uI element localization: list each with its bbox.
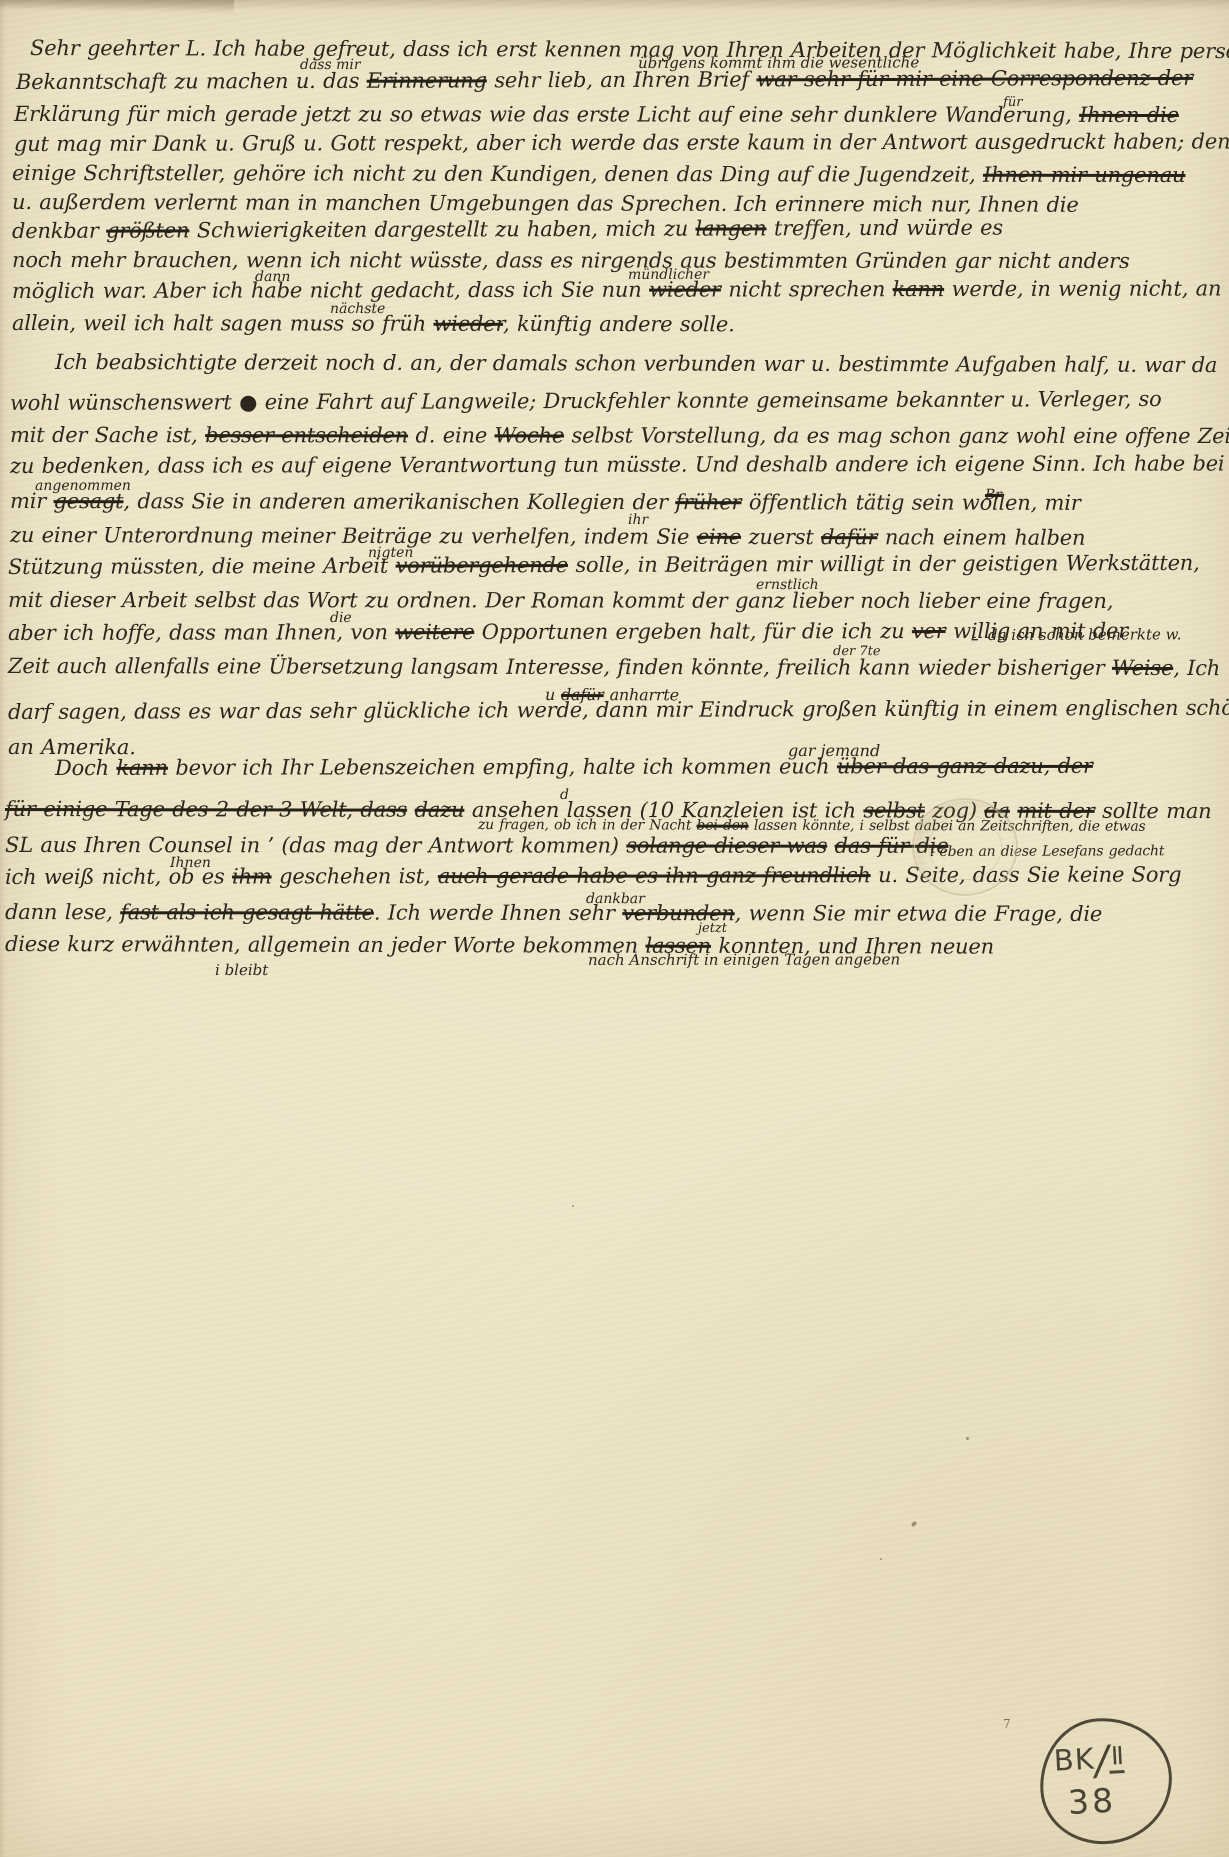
handwritten-text: Doch xyxy=(55,756,117,780)
struck-through-text: wieder xyxy=(434,312,504,336)
inserted-word: die xyxy=(330,610,352,626)
inserted-word: nach Anschrift in einigen Tagen angeben xyxy=(588,950,900,969)
manuscript-line: Sehr geehrter L. Ich habe gefreut, dass … xyxy=(30,36,1229,63)
manuscript-line: gut mag mir Dank u. Gruß u. Gott respekt… xyxy=(14,129,1229,156)
struck-through-text: kann xyxy=(893,277,945,301)
handwritten-text xyxy=(407,798,415,822)
handwritten-text: mit der Sache ist, xyxy=(10,423,205,447)
paper-corner-shadow xyxy=(0,0,234,15)
handwritten-text: zu einer Unterordnung meiner Beiträge zu… xyxy=(10,523,697,549)
manuscript-line: wohl wünschenswert ● eine Fahrt auf Lang… xyxy=(10,387,1162,415)
manuscript-line: mit der Sache ist, besser entscheiden d.… xyxy=(10,423,1229,448)
manuscript-line: dann lese, fast als ich gesagt hätte. Ic… xyxy=(5,900,1102,926)
manuscript-line: mir gesagt, dass Sie in anderen amerikan… xyxy=(10,489,1081,515)
handwritten-text: d. eine xyxy=(408,423,494,447)
manuscript-line: Doch kann bevor ich Ihr Lebenszeichen em… xyxy=(55,754,1093,780)
inserted-word: i bleibt xyxy=(215,961,268,979)
manuscript-line: zu einer Unterordnung meiner Beiträge zu… xyxy=(10,523,1085,550)
handwritten-text: diese kurz erwähnten, allgemein an jeder… xyxy=(5,932,646,958)
struck-through-text: besser entscheiden xyxy=(205,423,408,447)
struck-inserted-word: Br xyxy=(985,487,1002,503)
struck-through-text: bei den xyxy=(697,818,749,834)
handwritten-text: gut mag mir Dank u. Gruß u. Gott respekt… xyxy=(14,129,1229,156)
scanned-manuscript-page: Sehr geehrter L. Ich habe gefreut, dass … xyxy=(0,0,1229,1857)
struck-through-text: auch gerade habe es ihn ganz freundlich xyxy=(438,863,871,888)
handwritten-text: öffentlich tätig sein wollen, mir xyxy=(741,490,1080,515)
manuscript-line: u. außerdem verlernt man in manchen Umge… xyxy=(12,190,1079,217)
handwritten-text: zuerst xyxy=(741,525,821,549)
handwritten-text: Sehr geehrter L. Ich habe gefreut, dass … xyxy=(30,36,1229,63)
handwritten-text: Zeit auch allenfalls eine Übersetzung la… xyxy=(8,654,1112,680)
handwritten-text: nach einem halben xyxy=(877,525,1085,550)
struck-through-text: ver xyxy=(912,619,946,643)
struck-through-text: kann xyxy=(116,756,168,780)
handwritten-text: SL aus Ihren Counsel in ’ (das mag der A… xyxy=(5,833,626,858)
struck-through-text: eine xyxy=(697,525,741,549)
handwritten-text: Erklärung für mich gerade jetzt zu so et… xyxy=(14,102,1079,127)
struck-through-text: solange dieser was xyxy=(626,834,827,858)
struck-through-text: Weise xyxy=(1112,656,1173,680)
archive-stamp-number: 38 xyxy=(1067,1781,1117,1822)
handwritten-text: Ich beabsichtigte derzeit noch d. an, de… xyxy=(55,350,1217,377)
handwritten-text: wohl wünschenswert ● eine Fahrt auf Lang… xyxy=(10,387,1162,415)
handwritten-text: Schwierigkeiten dargestellt zu haben, mi… xyxy=(189,217,695,243)
inserted-word: ⌞ xyxy=(970,620,979,644)
handwritten-text: Opportunen ergeben halt, für die ich zu xyxy=(474,619,912,644)
manuscript-line: zu bedenken, dass ich es auf eigene Vera… xyxy=(10,451,1225,478)
inserted-word: nächste xyxy=(330,301,385,317)
inserted-word: für xyxy=(1003,95,1022,110)
manuscript-line: Stützung müssten, die meine Arbeit vorüb… xyxy=(8,551,1200,579)
archive-stamp-code: BK/II xyxy=(1053,1740,1125,1778)
struck-through-text: größten xyxy=(106,218,189,242)
inserted-word: Ihnen xyxy=(170,855,211,871)
paper-left-edge-shadow xyxy=(0,0,6,1857)
inserted-word: ernstlich xyxy=(756,577,819,593)
struck-through-text: Ihnen mir ungenau xyxy=(983,163,1185,187)
inserted-word: dann xyxy=(255,269,290,285)
paper-speck xyxy=(572,1205,574,1207)
manuscript-line: Bekanntschaft zu machen u. das Erinnerun… xyxy=(16,66,1193,94)
struck-through-text: langen xyxy=(695,216,766,240)
manuscript-line: darf sagen, dass es war das sehr glückli… xyxy=(8,695,1229,724)
handwritten-text: darf sagen, dass es war das sehr glückli… xyxy=(8,695,1229,724)
struck-through-text: fast als ich gesagt hätte xyxy=(120,900,374,924)
manuscript-line: einige Schriftsteller, gehöre ich nicht … xyxy=(12,161,1185,187)
inserted-word: d xyxy=(560,787,569,803)
struck-through-text: weitere xyxy=(395,620,474,644)
handwritten-text: bevor ich Ihr Lebenszeichen empfing, hal… xyxy=(168,754,837,779)
handwritten-text: selbst Vorstellung, da es mag schon ganz… xyxy=(564,423,1229,448)
inserted-word: jetzt xyxy=(698,921,727,936)
archive-stamp: BK/II 38 xyxy=(1037,1715,1175,1848)
struck-through-text: dafür xyxy=(821,525,877,549)
handwritten-text xyxy=(827,834,835,858)
handwritten-text: denkbar xyxy=(12,219,106,243)
inserted-word: nigten xyxy=(368,545,413,561)
handwritten-text: einige Schriftsteller, gehöre ich nicht … xyxy=(12,161,983,187)
inserted-word: übrigens kommt ihm die wesentliche xyxy=(638,53,919,72)
handwritten-text: treffen, und würde es xyxy=(766,216,1003,241)
handwritten-text: , Ich xyxy=(1173,656,1220,680)
manuscript-line: möglich war. Aber ich habe nicht gedacht… xyxy=(12,276,1229,303)
struck-through-text: Ihnen die xyxy=(1079,103,1179,127)
paper-speck xyxy=(911,1520,918,1527)
struck-through-text: vorübergehende xyxy=(396,553,568,578)
inserted-word: gar jemand xyxy=(788,741,880,760)
handwritten-text: möglich war. Aber ich habe nicht gedacht… xyxy=(12,278,649,303)
handwritten-text: zu bedenken, dass ich es auf eigene Vera… xyxy=(10,451,1225,478)
manuscript-line: Zeit auch allenfalls eine Übersetzung la… xyxy=(8,654,1220,680)
handwritten-text: , wenn Sie mir etwa die Frage, die xyxy=(735,901,1103,926)
struck-through-text: früher xyxy=(675,490,741,514)
manuscript-line: SL aus Ihren Counsel in ’ (das mag der A… xyxy=(5,833,949,858)
handwritten-text: werde, in wenig nicht, an eigent xyxy=(944,276,1229,301)
embossed-seal xyxy=(912,798,1018,896)
struck-through-text: ihm xyxy=(232,864,272,888)
struck-through-text: Erinnerung xyxy=(367,68,487,92)
struck-through-text: dazu xyxy=(415,798,465,822)
archive-stamp-prefix: BK xyxy=(1053,1742,1096,1778)
handwritten-text: , künftig andere solle. xyxy=(503,312,735,336)
inserted-word: da ich schon bemerkte w. xyxy=(988,625,1182,644)
inserted-word: dankbar xyxy=(586,891,645,907)
handwritten-text: Stützung müssten, die meine Arbeit xyxy=(8,554,396,579)
paper-speck xyxy=(880,1558,882,1560)
handwritten-text: zu fragen, ob ich in der Nacht xyxy=(478,817,697,834)
handwritten-text: nicht sprechen xyxy=(721,277,893,301)
manuscript-line: noch mehr brauchen, wenn ich nicht wüsst… xyxy=(12,248,1130,273)
struck-through-text: Woche xyxy=(495,423,565,447)
handwritten-text: dann lese, xyxy=(5,900,120,924)
paper-speck xyxy=(966,1437,969,1440)
inserted-word: der 7te xyxy=(833,644,881,659)
pencil-mark: 7 xyxy=(1003,1717,1011,1731)
handwritten-text: geschehen ist, xyxy=(272,864,438,888)
handwritten-text: mit dieser Arbeit selbst das Wort zu ord… xyxy=(8,588,1113,613)
inserted-word: angenommen xyxy=(35,478,131,494)
archive-stamp-numeral: II xyxy=(1108,1741,1124,1774)
handwritten-text: solle, in Beiträgen mir willigt in der g… xyxy=(568,551,1200,577)
handwritten-text: noch mehr brauchen, wenn ich nicht wüsst… xyxy=(12,248,1130,273)
inserted-word: ihr xyxy=(628,512,648,528)
handwritten-text: , dass Sie in anderen amerikanischen Kol… xyxy=(123,489,675,514)
manuscript-line: zu fragen, ob ich in der Nacht bei den l… xyxy=(478,817,1146,835)
inserted-word: mündlicher xyxy=(628,267,709,283)
manuscript-line: denkbar größten Schwierigkeiten dargeste… xyxy=(12,216,1003,243)
handwritten-text: u. außerdem verlernt man in manchen Umge… xyxy=(12,190,1079,217)
manuscript-line: mit dieser Arbeit selbst das Wort zu ord… xyxy=(8,588,1113,613)
struck-through-text: für einige Tage des 2 der 3 Welt, dass xyxy=(5,797,407,822)
inserted-word: dass mir xyxy=(300,57,361,73)
manuscript-line: Ich beabsichtigte derzeit noch d. an, de… xyxy=(55,350,1217,377)
manuscript-line: aber ich hoffe, dass man Ihnen, von weit… xyxy=(8,619,1128,645)
